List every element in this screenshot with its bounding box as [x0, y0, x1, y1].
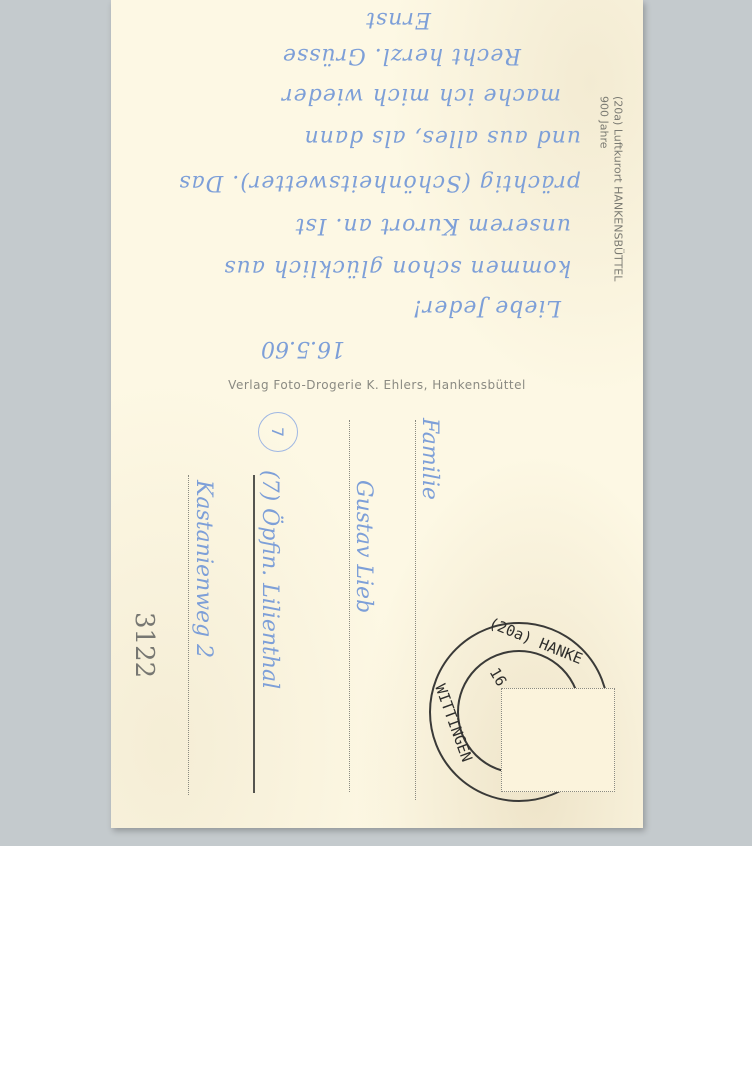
- caption-line-2: 900 Jahre: [596, 96, 610, 281]
- address-line: Kastanienweg 2: [191, 480, 216, 658]
- message-signature: Ernst: [365, 7, 431, 32]
- reference-number: 3122: [129, 612, 159, 678]
- address-line-divider: [349, 420, 350, 792]
- address-line: (7) Öpfin. Lilienthal: [257, 470, 282, 689]
- address-line: Familie: [417, 418, 442, 500]
- address-line-divider: [253, 475, 255, 793]
- caption-line-1: (20a) Luftkurort HANKENSBÜTTEL: [610, 96, 624, 281]
- address-line-divider: [188, 475, 189, 795]
- message-line: und aus alles, als dann: [304, 125, 581, 150]
- publisher-imprint: Verlag Foto-Drogerie K. Ehlers, Hankensb…: [111, 378, 643, 392]
- message-line: Recht herzl. Grüsse: [282, 43, 521, 68]
- message-line: kommen schon glücklich aus: [223, 255, 571, 280]
- handwritten-date: 16.5.60: [261, 336, 345, 361]
- message-line: Liebe Jeder!: [412, 295, 561, 320]
- address-line-divider: [415, 420, 416, 800]
- message-line: prächtig (Schönheitswetter). Das: [178, 170, 581, 195]
- postcard-back: Liebe Jeder! kommen schon glücklich aus …: [111, 0, 643, 828]
- message-line: unserem Kurort an. Ist: [295, 213, 571, 238]
- handwritten-message: Liebe Jeder! kommen schon glücklich aus …: [141, 0, 581, 330]
- address-line: Gustav Lieb: [351, 480, 376, 613]
- message-line: mache ich mich wieder: [281, 83, 561, 108]
- printed-location-caption: (20a) Luftkurort HANKENSBÜTTEL 900 Jahre: [596, 96, 625, 281]
- stamp-placeholder: [501, 688, 615, 792]
- circled-zone-number: 7: [258, 412, 298, 452]
